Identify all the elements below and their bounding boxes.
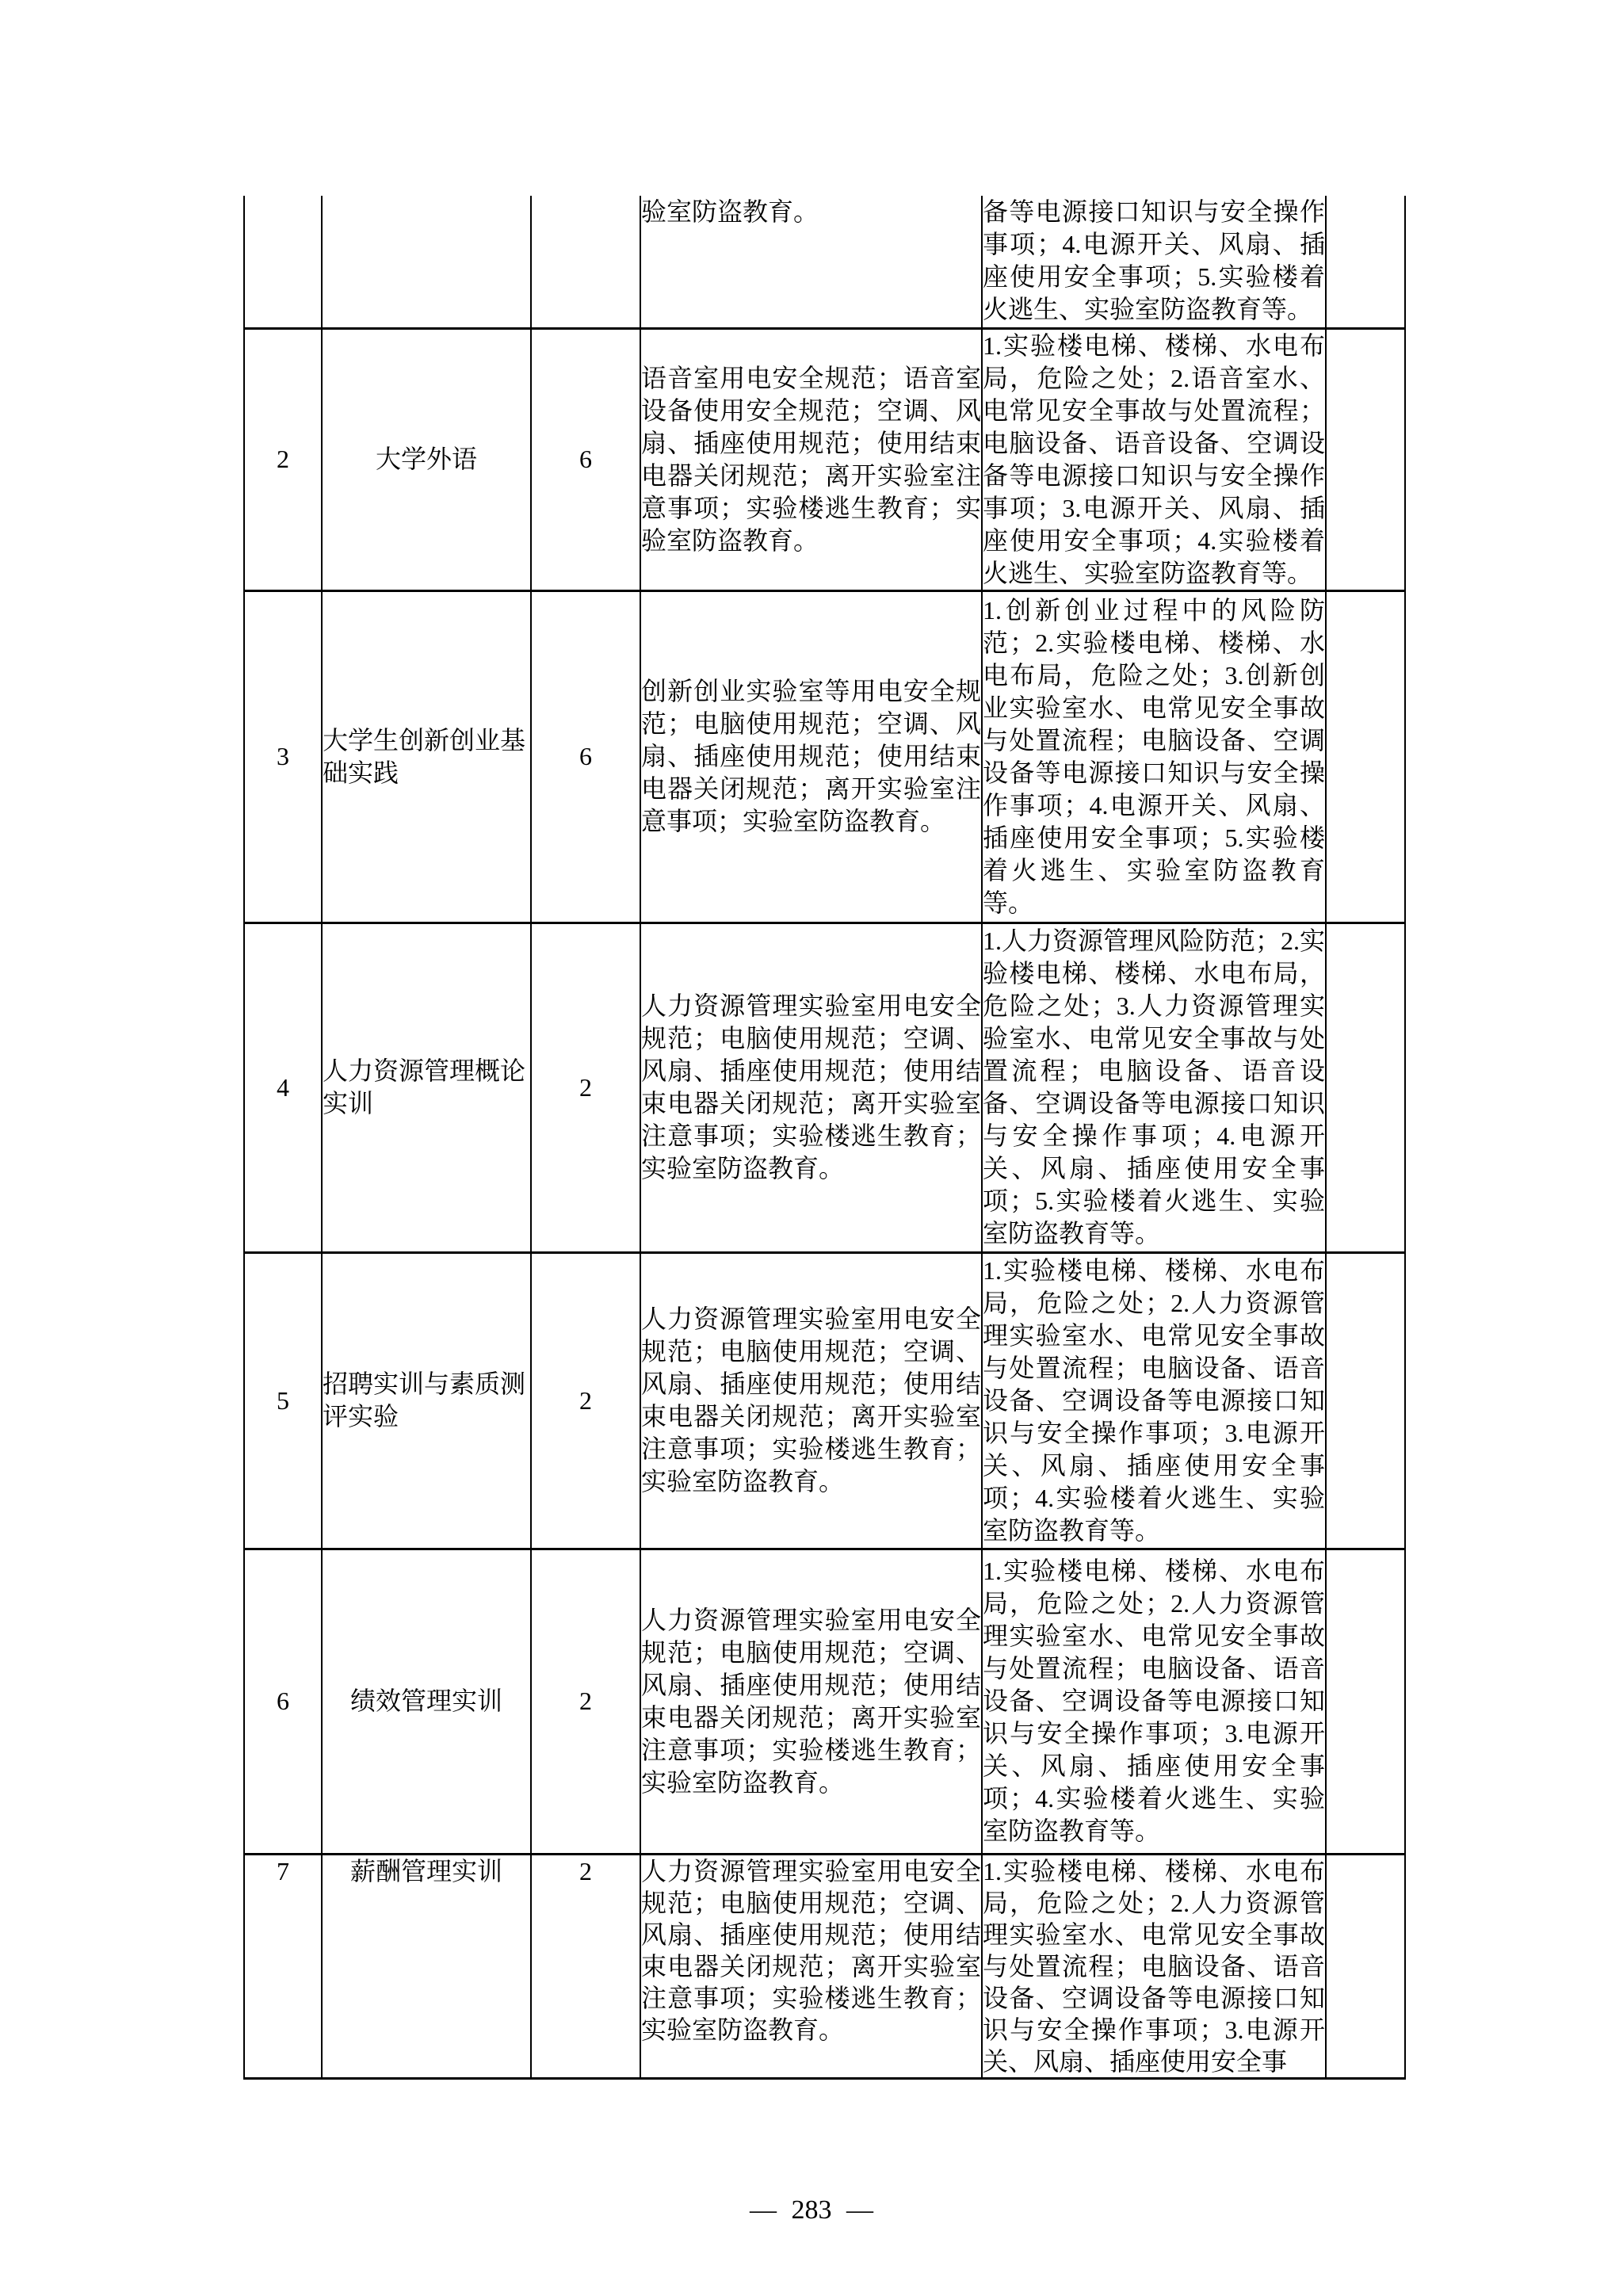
safety-rules-cell: 人力资源管理实验室用电安全规范；电脑使用规范；空调、风扇、插座使用规范；使用结束… (640, 923, 982, 1252)
hours-cell: 2 (531, 923, 640, 1252)
lab-safety-course-table: 验室防盗教育。 备等电源接口知识与安全操作事项；4.电源开关、风扇、插座使用安全… (243, 196, 1406, 2080)
remark-cell (1326, 923, 1405, 1252)
table-row-continuation: 验室防盗教育。 备等电源接口知识与安全操作事项；4.电源开关、风扇、插座使用安全… (244, 196, 1405, 328)
remark-cell (1326, 1854, 1405, 2078)
education-content-cell: 1.创新创业过程中的风险防范；2.实验楼电梯、楼梯、水电布局，危险之处；3.创新… (982, 590, 1326, 923)
education-content-cell: 1.实验楼电梯、楼梯、水电布局，危险之处；2.人力资源管理实验室水、电常见安全事… (982, 1549, 1326, 1854)
remark-cell (1326, 196, 1405, 328)
safety-rules-cell: 创新创业实验室等用电安全规范；电脑使用规范；空调、风扇、插座使用规范；使用结束电… (640, 590, 982, 923)
hours-cell: 2 (531, 1549, 640, 1854)
education-content-cell: 备等电源接口知识与安全操作事项；4.电源开关、风扇、插座使用安全事项；5.实验楼… (982, 196, 1326, 328)
table-row: 4 人力资源管理概论实训 2 人力资源管理实验室用电安全规范；电脑使用规范；空调… (244, 923, 1405, 1252)
row-number-cell (244, 196, 322, 328)
row-number-cell: 7 (244, 1854, 322, 2078)
remark-cell (1326, 590, 1405, 923)
hours-cell: 6 (531, 328, 640, 590)
table-row: 2 大学外语 6 语音室用电安全规范；语音室设备使用安全规范；空调、风扇、插座使… (244, 328, 1405, 590)
course-name-cell: 薪酬管理实训 (322, 1854, 531, 2078)
remark-cell (1326, 1549, 1405, 1854)
course-name-cell (322, 196, 531, 328)
row-number-cell: 4 (244, 923, 322, 1252)
safety-rules-cell: 语音室用电安全规范；语音室设备使用安全规范；空调、风扇、插座使用规范；使用结束电… (640, 328, 982, 590)
row-number-cell: 3 (244, 590, 322, 923)
course-name-cell: 大学生创新创业基础实践 (322, 590, 531, 923)
course-name-cell: 招聘实训与素质测评实验 (322, 1252, 531, 1549)
remark-cell (1326, 328, 1405, 590)
table-row: 3 大学生创新创业基础实践 6 创新创业实验室等用电安全规范；电脑使用规范；空调… (244, 590, 1405, 923)
safety-rules-cell: 人力资源管理实验室用电安全规范；电脑使用规范；空调、风扇、插座使用规范；使用结束… (640, 1549, 982, 1854)
table-row: 5 招聘实训与素质测评实验 2 人力资源管理实验室用电安全规范；电脑使用规范；空… (244, 1252, 1405, 1549)
course-name-cell: 人力资源管理概论实训 (322, 923, 531, 1252)
row-number-cell: 5 (244, 1252, 322, 1549)
education-content-cell: 1.实验楼电梯、楼梯、水电布局，危险之处；2.人力资源管理实验室水、电常见安全事… (982, 1252, 1326, 1549)
table-row: 7 薪酬管理实训 2 人力资源管理实验室用电安全规范；电脑使用规范；空调、风扇、… (244, 1854, 1405, 2078)
safety-rules-cell: 人力资源管理实验室用电安全规范；电脑使用规范；空调、风扇、插座使用规范；使用结束… (640, 1854, 982, 2078)
course-name-cell: 绩效管理实训 (322, 1549, 531, 1854)
course-name-cell: 大学外语 (322, 328, 531, 590)
document-page: 验室防盗教育。 备等电源接口知识与安全操作事项；4.电源开关、风扇、插座使用安全… (0, 0, 1623, 2296)
safety-rules-cell: 验室防盗教育。 (640, 196, 982, 328)
safety-rules-cell: 人力资源管理实验室用电安全规范；电脑使用规范；空调、风扇、插座使用规范；使用结束… (640, 1252, 982, 1549)
row-number-cell: 6 (244, 1549, 322, 1854)
row-number-cell: 2 (244, 328, 322, 590)
hours-cell (531, 196, 640, 328)
remark-cell (1326, 1252, 1405, 1549)
hours-cell: 2 (531, 1252, 640, 1549)
education-content-cell: 1.实验楼电梯、楼梯、水电布局，危险之处；2.语音室水、电常见安全事故与处置流程… (982, 328, 1326, 590)
table-row: 6 绩效管理实训 2 人力资源管理实验室用电安全规范；电脑使用规范；空调、风扇、… (244, 1549, 1405, 1854)
hours-cell: 2 (531, 1854, 640, 2078)
education-content-cell: 1.实验楼电梯、楼梯、水电布局，危险之处；2.人力资源管理实验室水、电常见安全事… (982, 1854, 1326, 2078)
page-number: — 283 — (0, 2194, 1623, 2227)
hours-cell: 6 (531, 590, 640, 923)
education-content-cell: 1.人力资源管理风险防范；2.实验楼电梯、楼梯、水电布局，危险之处；3.人力资源… (982, 923, 1326, 1252)
